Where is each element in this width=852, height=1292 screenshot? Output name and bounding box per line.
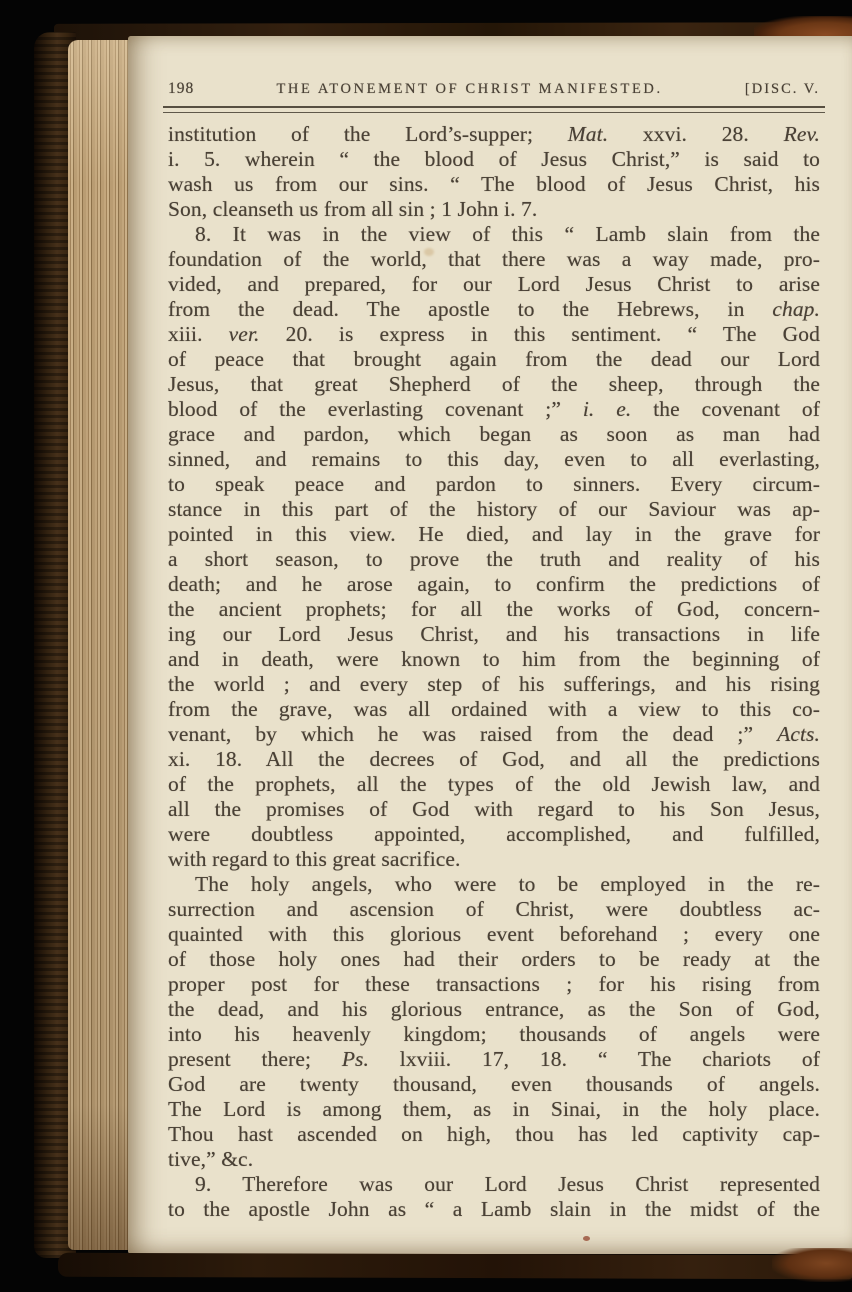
text-line: 9. Therefore was our Lord Jesus Christ r… [168,1172,820,1197]
text-line: The Lord is among them, as in Sinai, in … [168,1097,820,1122]
leather-corner-bottom-right [772,1248,852,1282]
text-line: the dead, and his glorious entrance, as … [168,997,820,1022]
text-line: venant, by which he was raised from the … [168,722,820,747]
text-line: blood of the everlasting covenant ;” i. … [168,397,820,422]
text-line: pointed in this view. He died, and lay i… [168,522,820,547]
text-line: 8. It was in the view of this “ Lamb sla… [168,222,820,247]
text-line: of those holy ones had their orders to b… [168,947,820,972]
book-page: 198 THE ATONEMENT OF CHRIST MANIFESTED. … [128,36,852,1254]
text-line: all the promises of God with regard to h… [168,797,820,822]
discourse-label: [DISC. V. [745,81,820,98]
text-line: into his heavenly kingdom; thousands of … [168,1022,820,1047]
text-line: quainted with this glorious event before… [168,922,820,947]
text-line: from the grave, was all ordained with a … [168,697,820,722]
text-line: a short season, to prove the truth and r… [168,547,820,572]
text-line: proper post for these transactions ; for… [168,972,820,997]
text-line: Thou hast ascended on high, thou has led… [168,1122,820,1147]
text-line: sinned, and remains to this day, even to… [168,447,820,472]
text-line: to speak peace and pardon to sinners. Ev… [168,472,820,497]
text-line: vided, and prepared, for our Lord Jesus … [168,272,820,297]
scanned-book-photo: 198 THE ATONEMENT OF CHRIST MANIFESTED. … [0,0,852,1292]
text-line: wash us from our sins. “ The blood of Je… [168,172,820,197]
text-line: institution of the Lord’s-supper; Mat. x… [168,122,820,147]
text-line: with regard to this great sacrifice. [168,847,820,872]
text-line: Son, cleanseth us from all sin ; 1 John … [168,197,820,222]
text-line: The holy angels, who were to be employed… [168,872,820,897]
text-line: God are twenty thousand, even thousands … [168,1072,820,1097]
text-line: of the prophets, all the types of the ol… [168,772,820,797]
text-line: from the dead. The apostle to the Hebrew… [168,297,820,322]
header-double-rule [163,106,825,113]
text-line: present there; Ps. lxviii. 17, 18. “ The… [168,1047,820,1072]
text-line: tive,” &c. [168,1147,820,1172]
text-line: and in death, were known to him from the… [168,647,820,672]
text-line: the ancient prophets; for all the works … [168,597,820,622]
text-line: i. 5. wherein “ the blood of Jesus Chris… [168,147,820,172]
printed-area: 198 THE ATONEMENT OF CHRIST MANIFESTED. … [168,80,820,1222]
text-line: of peace that brought again from the dea… [168,347,820,372]
text-line: grace and pardon, which began as soon as… [168,422,820,447]
text-line: surrection and ascension of Christ, were… [168,897,820,922]
text-line: Jesus, that great Shepherd of the sheep,… [168,372,820,397]
running-title: THE ATONEMENT OF CHRIST MANIFESTED. [194,81,745,98]
running-head: 198 THE ATONEMENT OF CHRIST MANIFESTED. … [168,80,820,98]
text-line: were doubtless appointed, accomplished, … [168,822,820,847]
text-line: xi. 18. All the decrees of God, and all … [168,747,820,772]
page-number: 198 [168,80,194,98]
text-line: ing our Lord Jesus Christ, and his trans… [168,622,820,647]
text-line: xiii. ver. 20. is express in this sentim… [168,322,820,347]
text-line: death; and he arose again, to confirm th… [168,572,820,597]
text-line: to the apostle John as “ a Lamb slain in… [168,1197,820,1222]
page-body: institution of the Lord’s-supper; Mat. x… [168,122,820,1222]
book-cover-bottom-edge [58,1253,852,1279]
text-line: the world ; and every step of his suffer… [168,672,820,697]
text-line: stance in this part of the history of ou… [168,497,820,522]
text-line: foundation of the world, that there was … [168,247,820,272]
